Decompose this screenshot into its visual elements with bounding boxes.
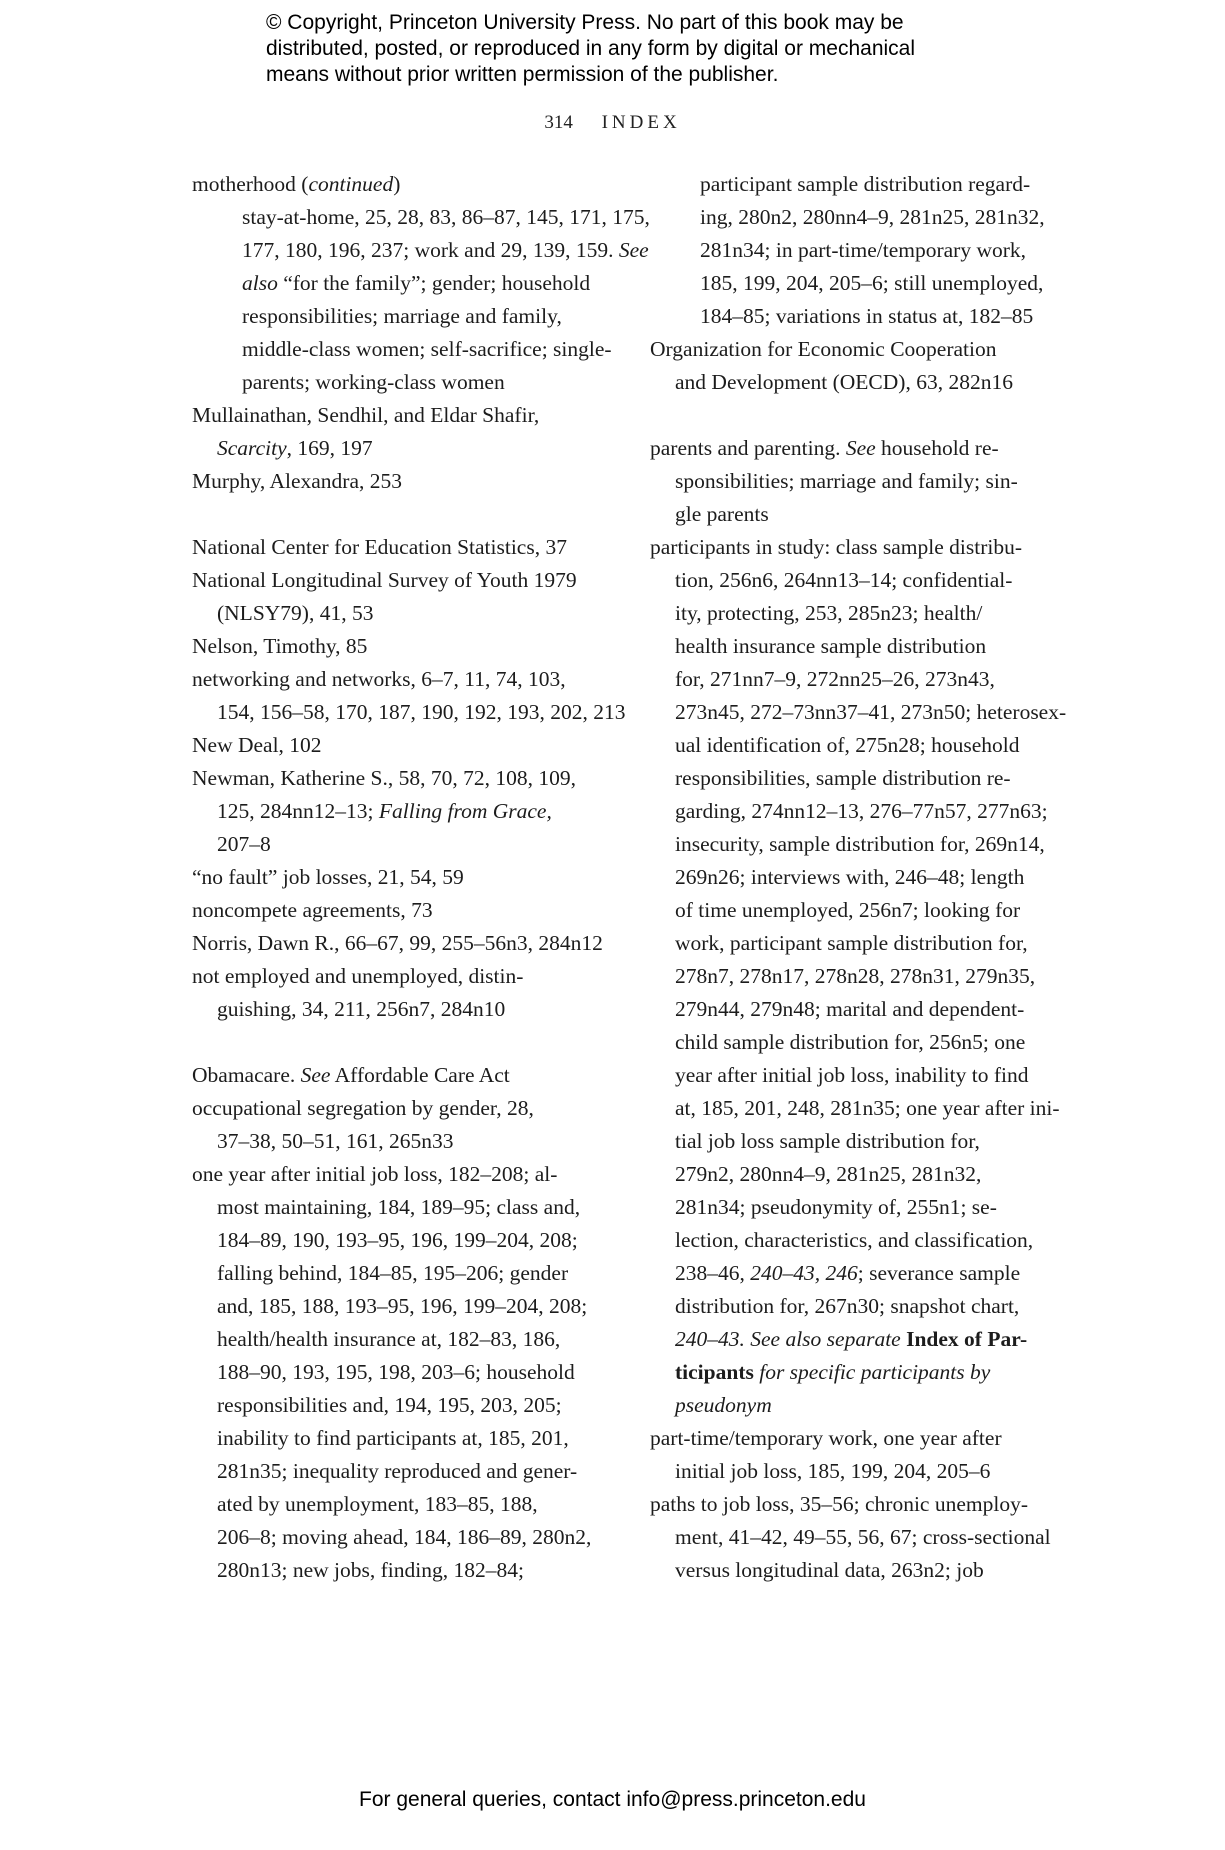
text: occupational segregation by gender, 28,	[192, 1096, 534, 1120]
entry-line: networking and networks, 6–7, 11, 74, 10…	[217, 663, 612, 696]
entry-line: middle-class women; self-sacrifice; sing…	[217, 333, 612, 366]
entry-line: Newman, Katherine S., 58, 70, 72, 108, 1…	[217, 762, 612, 795]
text: health insurance sample distribution	[675, 634, 986, 658]
entry-line: noncompete agreements, 73	[217, 894, 612, 927]
entry-line: 37–38, 50–51, 161, 265n33	[217, 1125, 612, 1158]
text: networking and networks, 6–7, 11, 74, 10…	[192, 667, 566, 691]
entry-line: of time unemployed, 256n7; looking for	[675, 894, 1065, 927]
text: and Development (OECD), 63, 282n16	[675, 370, 1013, 394]
text: National Longitudinal Survey of Youth 19…	[192, 568, 577, 592]
entry-line: parents; working-class women	[217, 366, 612, 399]
entry-line: also “for the family”; gender; household	[217, 267, 612, 300]
text: Newman, Katherine S., 58, 70, 72, 108, 1…	[192, 766, 576, 790]
italic-text: for specific participants by	[754, 1360, 990, 1384]
index-entry: Organization for Economic Cooperationand…	[650, 333, 1065, 399]
text: year after initial job loss, inability t…	[675, 1063, 1028, 1087]
entry-line: one year after initial job loss, 182–208…	[217, 1158, 612, 1191]
entry-line: insecurity, sample distribution for, 269…	[675, 828, 1065, 861]
index-entry: parents and parenting. See household re-…	[650, 432, 1065, 531]
text: 206–8; moving ahead, 184, 186–89, 280n2,	[217, 1525, 591, 1549]
entry-line: 281n34; in part-time/temporary work,	[675, 234, 1065, 267]
entry-line: health/health insurance at, 182–83, 186,	[217, 1323, 612, 1356]
entry-line: National Longitudinal Survey of Youth 19…	[217, 564, 612, 597]
text: 125, 284nn12–13;	[217, 799, 379, 823]
text: stay-at-home, 25, 28, 83, 86–87, 145, 17…	[242, 205, 650, 229]
entry-line: 278n7, 278n17, 278n28, 278n31, 279n35,	[675, 960, 1065, 993]
entry-line: Murphy, Alexandra, 253	[217, 465, 612, 498]
entry-line: 240–43. See also separate Index of Par-	[675, 1323, 1065, 1356]
index-entry: Mullainathan, Sendhil, and Eldar Shafir,…	[192, 399, 612, 465]
entry-line: participant sample distribution regard-	[675, 168, 1065, 201]
entry-line: 273n45, 272–73nn37–41, 273n50; heterosex…	[675, 696, 1065, 729]
text: one year after initial job loss, 182–208…	[192, 1162, 557, 1186]
text: falling behind, 184–85, 195–206; gender	[217, 1261, 568, 1285]
text: 154, 156–58, 170, 187, 190, 192, 193, 20…	[217, 700, 626, 724]
entry-line: lection, characteristics, and classifica…	[675, 1224, 1065, 1257]
text: gle parents	[675, 502, 769, 526]
entry-line: tial job loss sample distribution for,	[675, 1125, 1065, 1158]
bold-text: ticipants	[675, 1360, 754, 1384]
text: of time unemployed, 256n7; looking for	[675, 898, 1020, 922]
text: 273n45, 272–73nn37–41, 273n50; heterosex…	[675, 700, 1066, 724]
index-entry: “no fault” job losses, 21, 54, 59	[192, 861, 612, 894]
entry-line: motherhood (continued)	[217, 168, 612, 201]
text: guishing, 34, 211, 256n7, 284n10	[217, 997, 505, 1021]
italic-text: also	[242, 271, 278, 295]
text: insecurity, sample distribution for, 269…	[675, 832, 1045, 856]
section-title: INDEX	[602, 112, 681, 134]
text: sponsibilities; marriage and family; sin…	[675, 469, 1018, 493]
footer-contact: For general queries, contact info@press.…	[0, 1788, 1225, 1812]
text: 279n2, 280nn4–9, 281n25, 281n32,	[675, 1162, 981, 1186]
entry-line: stay-at-home, 25, 28, 83, 86–87, 145, 17…	[217, 201, 612, 234]
index-column-left: motherhood (continued)stay-at-home, 25, …	[192, 168, 612, 1587]
text: parents and parenting.	[650, 436, 846, 460]
text: 269n26; interviews with, 246–48; length	[675, 865, 1024, 889]
text: participant sample distribution regard-	[700, 172, 1030, 196]
entry-line: ticipants for specific participants by	[675, 1356, 1065, 1389]
entry-line: 279n44, 279n48; marital and dependent-	[675, 993, 1065, 1026]
index-entry: occupational segregation by gender, 28,3…	[192, 1092, 612, 1158]
entry-line: ing, 280n2, 280nn4–9, 281n25, 281n32,	[675, 201, 1065, 234]
entry-line: work, participant sample distribution fo…	[675, 927, 1065, 960]
entry-line: initial job loss, 185, 199, 204, 205–6	[675, 1455, 1065, 1488]
text: tion, 256n6, 264nn13–14; confidential-	[675, 568, 1012, 592]
text: Nelson, Timothy, 85	[192, 634, 367, 658]
text: tial job loss sample distribution for,	[675, 1129, 980, 1153]
italic-text: Falling from Grace,	[379, 799, 552, 823]
index-entry: Murphy, Alexandra, 253	[192, 465, 612, 498]
text: at, 185, 201, 248, 281n35; one year afte…	[675, 1096, 1060, 1120]
text: parents; working-class women	[242, 370, 505, 394]
text: 184–89, 190, 193–95, 196, 199–204, 208;	[217, 1228, 578, 1252]
text: ual identification of, 275n28; household	[675, 733, 1020, 757]
entry-line: Obamacare. See Affordable Care Act	[217, 1059, 612, 1092]
index-entry: not employed and unemployed, distin-guis…	[192, 960, 612, 1026]
entry-line: National Center for Education Statistics…	[217, 531, 612, 564]
text: distribution for, 267n30; snapshot chart…	[675, 1294, 1019, 1318]
entry-line: ment, 41–42, 49–55, 56, 67; cross-sectio…	[675, 1521, 1065, 1554]
entry-line: Nelson, Timothy, 85	[217, 630, 612, 663]
index-entry: Norris, Dawn R., 66–67, 99, 255–56n3, 28…	[192, 927, 612, 960]
entry-line: Scarcity, 169, 197	[217, 432, 612, 465]
entry-line: inability to find participants at, 185, …	[217, 1422, 612, 1455]
entry-line: 184–89, 190, 193–95, 196, 199–204, 208;	[217, 1224, 612, 1257]
entry-line: and, 185, 188, 193–95, 196, 199–204, 208…	[217, 1290, 612, 1323]
entry-line: year after initial job loss, inability t…	[675, 1059, 1065, 1092]
entry-line: 185, 199, 204, 205–6; still unemployed,	[675, 267, 1065, 300]
text: Murphy, Alexandra, 253	[192, 469, 402, 493]
text: for, 271nn7–9, 272nn25–26, 273n43,	[675, 667, 995, 691]
text: New Deal, 102	[192, 733, 322, 757]
index-subentry: stay-at-home, 25, 28, 83, 86–87, 145, 17…	[192, 201, 612, 399]
text: versus longitudinal data, 263n2; job	[675, 1558, 984, 1582]
entry-line: gle parents	[675, 498, 1065, 531]
text: 278n7, 278n17, 278n28, 278n31, 279n35,	[675, 964, 1035, 988]
text: 184–85; variations in status at, 182–85	[700, 304, 1033, 328]
text: and, 185, 188, 193–95, 196, 199–204, 208…	[217, 1294, 587, 1318]
text: middle-class women; self-sacrifice; sing…	[242, 337, 612, 361]
text: ity, protecting, 253, 285n23; health/	[675, 601, 982, 625]
entry-line: Mullainathan, Sendhil, and Eldar Shafir,	[217, 399, 612, 432]
text: 207–8	[217, 832, 271, 856]
copyright-line: means without prior written permission o…	[266, 62, 986, 88]
entry-line: for, 271nn7–9, 272nn25–26, 273n43,	[675, 663, 1065, 696]
entry-line: tion, 256n6, 264nn13–14; confidential-	[675, 564, 1065, 597]
text: motherhood (	[192, 172, 308, 196]
text: paths to job loss, 35–56; chronic unempl…	[650, 1492, 1028, 1516]
entry-line: 206–8; moving ahead, 184, 186–89, 280n2,	[217, 1521, 612, 1554]
entry-line: participants in study: class sample dist…	[675, 531, 1065, 564]
entry-line: 279n2, 280nn4–9, 281n25, 281n32,	[675, 1158, 1065, 1191]
entry-line: ual identification of, 275n28; household	[675, 729, 1065, 762]
text: noncompete agreements, 73	[192, 898, 433, 922]
entry-line: responsibilities; marriage and family,	[217, 300, 612, 333]
entry-line: and Development (OECD), 63, 282n16	[675, 366, 1065, 399]
entry-line: distribution for, 267n30; snapshot chart…	[675, 1290, 1065, 1323]
entry-line: 125, 284nn12–13; Falling from Grace,	[217, 795, 612, 828]
index-subentry: participant sample distribution regard-i…	[650, 168, 1065, 333]
text: 280n13; new jobs, finding, 182–84;	[217, 1558, 524, 1582]
entry-line: falling behind, 184–85, 195–206; gender	[217, 1257, 612, 1290]
text: Norris, Dawn R., 66–67, 99, 255–56n3, 28…	[192, 931, 603, 955]
text: 37–38, 50–51, 161, 265n33	[217, 1129, 454, 1153]
index-entry: National Center for Education Statistics…	[192, 531, 612, 564]
entry-line: 280n13; new jobs, finding, 182–84;	[217, 1554, 612, 1587]
entry-line: ated by unemployment, 183–85, 188,	[217, 1488, 612, 1521]
running-head: 314 INDEX	[0, 112, 1225, 134]
text: 238–46,	[675, 1261, 750, 1285]
bold-text: Index of Par-	[906, 1327, 1027, 1351]
text: inability to find participants at, 185, …	[217, 1426, 569, 1450]
index-entry: noncompete agreements, 73	[192, 894, 612, 927]
entry-line: 154, 156–58, 170, 187, 190, 192, 193, 20…	[217, 696, 612, 729]
italic-text: continued	[308, 172, 393, 196]
index-entry: one year after initial job loss, 182–208…	[192, 1158, 612, 1587]
index-entry: Obamacare. See Affordable Care Act	[192, 1059, 612, 1092]
text: garding, 274nn12–13, 276–77n57, 277n63;	[675, 799, 1048, 823]
text: Affordable Care Act	[330, 1063, 509, 1087]
entry-line: sponsibilities; marriage and family; sin…	[675, 465, 1065, 498]
text: ing, 280n2, 280nn4–9, 281n25, 281n32,	[700, 205, 1045, 229]
text: work, participant sample distribution fo…	[675, 931, 1028, 955]
text: most maintaining, 184, 189–95; class and…	[217, 1195, 580, 1219]
text: National Center for Education Statistics…	[192, 535, 567, 559]
letter-group-gap	[650, 399, 1065, 432]
text: ment, 41–42, 49–55, 56, 67; cross-sectio…	[675, 1525, 1051, 1549]
copyright-line: distributed, posted, or reproduced in an…	[266, 36, 986, 62]
text: health/health insurance at, 182–83, 186,	[217, 1327, 560, 1351]
entry-line: 188–90, 193, 195, 198, 203–6; household	[217, 1356, 612, 1389]
text: not employed and unemployed, distin-	[192, 964, 523, 988]
entry-line: 177, 180, 196, 237; work and 29, 139, 15…	[217, 234, 612, 267]
text: 185, 199, 204, 205–6; still unemployed,	[700, 271, 1043, 295]
text: household re-	[876, 436, 999, 460]
text: participants in study: class sample dist…	[650, 535, 1022, 559]
text: responsibilities, sample distribution re…	[675, 766, 1011, 790]
text: Organization for Economic Cooperation	[650, 337, 997, 361]
entry-line: pseudonym	[675, 1389, 1065, 1422]
italic-text: See	[301, 1063, 331, 1087]
italic-text: 240–43. See also separate	[675, 1327, 906, 1351]
text: 281n35; inequality reproduced and gener-	[217, 1459, 577, 1483]
italic-text: Scarcity	[217, 436, 287, 460]
entry-line: responsibilities, sample distribution re…	[675, 762, 1065, 795]
entry-line: 184–85; variations in status at, 182–85	[675, 300, 1065, 333]
entry-line: guishing, 34, 211, 256n7, 284n10	[217, 993, 612, 1026]
entry-line: New Deal, 102	[217, 729, 612, 762]
text: 281n34; pseudonymity of, 255n1; se-	[675, 1195, 997, 1219]
text: responsibilities; marriage and family,	[242, 304, 562, 328]
text: 279n44, 279n48; marital and dependent-	[675, 997, 1024, 1021]
italic-text: See	[846, 436, 876, 460]
index-entry: networking and networks, 6–7, 11, 74, 10…	[192, 663, 612, 729]
copyright-line: © Copyright, Princeton University Press.…	[266, 10, 986, 36]
letter-group-gap	[192, 498, 612, 531]
entry-line: parents and parenting. See household re-	[675, 432, 1065, 465]
index-entry: participants in study: class sample dist…	[650, 531, 1065, 1422]
entry-line: 281n35; inequality reproduced and gener-	[217, 1455, 612, 1488]
text: lection, characteristics, and classifica…	[675, 1228, 1033, 1252]
index-entry: National Longitudinal Survey of Youth 19…	[192, 564, 612, 630]
text: part-time/temporary work, one year after	[650, 1426, 1002, 1450]
entry-line: Norris, Dawn R., 66–67, 99, 255–56n3, 28…	[217, 927, 612, 960]
index-entry: part-time/temporary work, one year after…	[650, 1422, 1065, 1488]
text: Mullainathan, Sendhil, and Eldar Shafir,	[192, 403, 539, 427]
entry-line: child sample distribution for, 256n5; on…	[675, 1026, 1065, 1059]
page-number: 314	[544, 112, 573, 134]
text: “no fault” job losses, 21, 54, 59	[192, 865, 464, 889]
index-entry: New Deal, 102	[192, 729, 612, 762]
italic-text: See	[619, 238, 649, 262]
copyright-notice: © Copyright, Princeton University Press.…	[266, 10, 986, 88]
text: (NLSY79), 41, 53	[217, 601, 373, 625]
entry-line: 238–46, 240–43, 246; severance sample	[675, 1257, 1065, 1290]
index-entry: motherhood (continued)	[192, 168, 612, 201]
entry-line: responsibilities and, 194, 195, 203, 205…	[217, 1389, 612, 1422]
italic-text: pseudonym	[675, 1393, 772, 1417]
text: initial job loss, 185, 199, 204, 205–6	[675, 1459, 990, 1483]
text: 188–90, 193, 195, 198, 203–6; household	[217, 1360, 575, 1384]
text: responsibilities and, 194, 195, 203, 205…	[217, 1393, 562, 1417]
entry-line: (NLSY79), 41, 53	[217, 597, 612, 630]
entry-line: ity, protecting, 253, 285n23; health/	[675, 597, 1065, 630]
entry-line: garding, 274nn12–13, 276–77n57, 277n63;	[675, 795, 1065, 828]
entry-line: not employed and unemployed, distin-	[217, 960, 612, 993]
entry-line: versus longitudinal data, 263n2; job	[675, 1554, 1065, 1587]
index-entry: Newman, Katherine S., 58, 70, 72, 108, 1…	[192, 762, 612, 861]
text: child sample distribution for, 256n5; on…	[675, 1030, 1025, 1054]
text: ; severance sample	[858, 1261, 1020, 1285]
italic-text: 240–43, 246	[750, 1261, 858, 1285]
entry-line: Organization for Economic Cooperation	[675, 333, 1065, 366]
letter-group-gap	[192, 1026, 612, 1059]
index-entry: Nelson, Timothy, 85	[192, 630, 612, 663]
entry-line: 269n26; interviews with, 246–48; length	[675, 861, 1065, 894]
text: Obamacare.	[192, 1063, 301, 1087]
text: “for the family”; gender; household	[278, 271, 590, 295]
entry-line: paths to job loss, 35–56; chronic unempl…	[675, 1488, 1065, 1521]
entry-line: 207–8	[217, 828, 612, 861]
text: 177, 180, 196, 237; work and 29, 139, 15…	[242, 238, 619, 262]
entry-line: “no fault” job losses, 21, 54, 59	[217, 861, 612, 894]
index-column-right: participant sample distribution regard-i…	[650, 168, 1065, 1587]
entry-line: at, 185, 201, 248, 281n35; one year afte…	[675, 1092, 1065, 1125]
text: 281n34; in part-time/temporary work,	[700, 238, 1026, 262]
entry-line: occupational segregation by gender, 28,	[217, 1092, 612, 1125]
entry-line: 281n34; pseudonymity of, 255n1; se-	[675, 1191, 1065, 1224]
entry-line: part-time/temporary work, one year after	[675, 1422, 1065, 1455]
text: )	[393, 172, 400, 196]
text: ated by unemployment, 183–85, 188,	[217, 1492, 538, 1516]
entry-line: most maintaining, 184, 189–95; class and…	[217, 1191, 612, 1224]
index-entry: paths to job loss, 35–56; chronic unempl…	[650, 1488, 1065, 1587]
entry-line: health insurance sample distribution	[675, 630, 1065, 663]
text: , 169, 197	[287, 436, 373, 460]
